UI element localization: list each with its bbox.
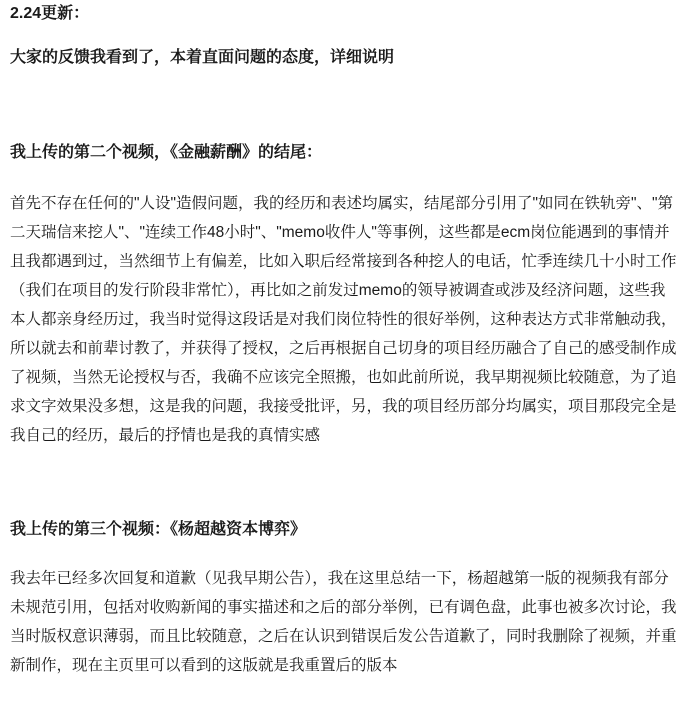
intro-heading: 大家的反馈我看到了，本着直面问题的态度，详细说明	[10, 49, 678, 66]
section-video3-body: 我去年已经多次回复和道歉（见我早期公告），我在这里总结一下，杨超越第一版的视频我…	[10, 564, 678, 680]
section-video2-heading: 我上传的第二个视频，《金融薪酬》的结尾：	[10, 144, 678, 161]
section-video3-heading: 我上传的第三个视频：《杨超越资本博弈》	[10, 521, 678, 538]
update-date-heading: 2.24更新：	[10, 5, 678, 22]
statement-document: 2.24更新： 大家的反馈我看到了，本着直面问题的态度，详细说明 我上传的第二个…	[0, 0, 688, 680]
section-video2-body: 首先不存在任何的"人设"造假问题，我的经历和表述均属实，结尾部分引用了"如同在铁…	[10, 189, 678, 450]
